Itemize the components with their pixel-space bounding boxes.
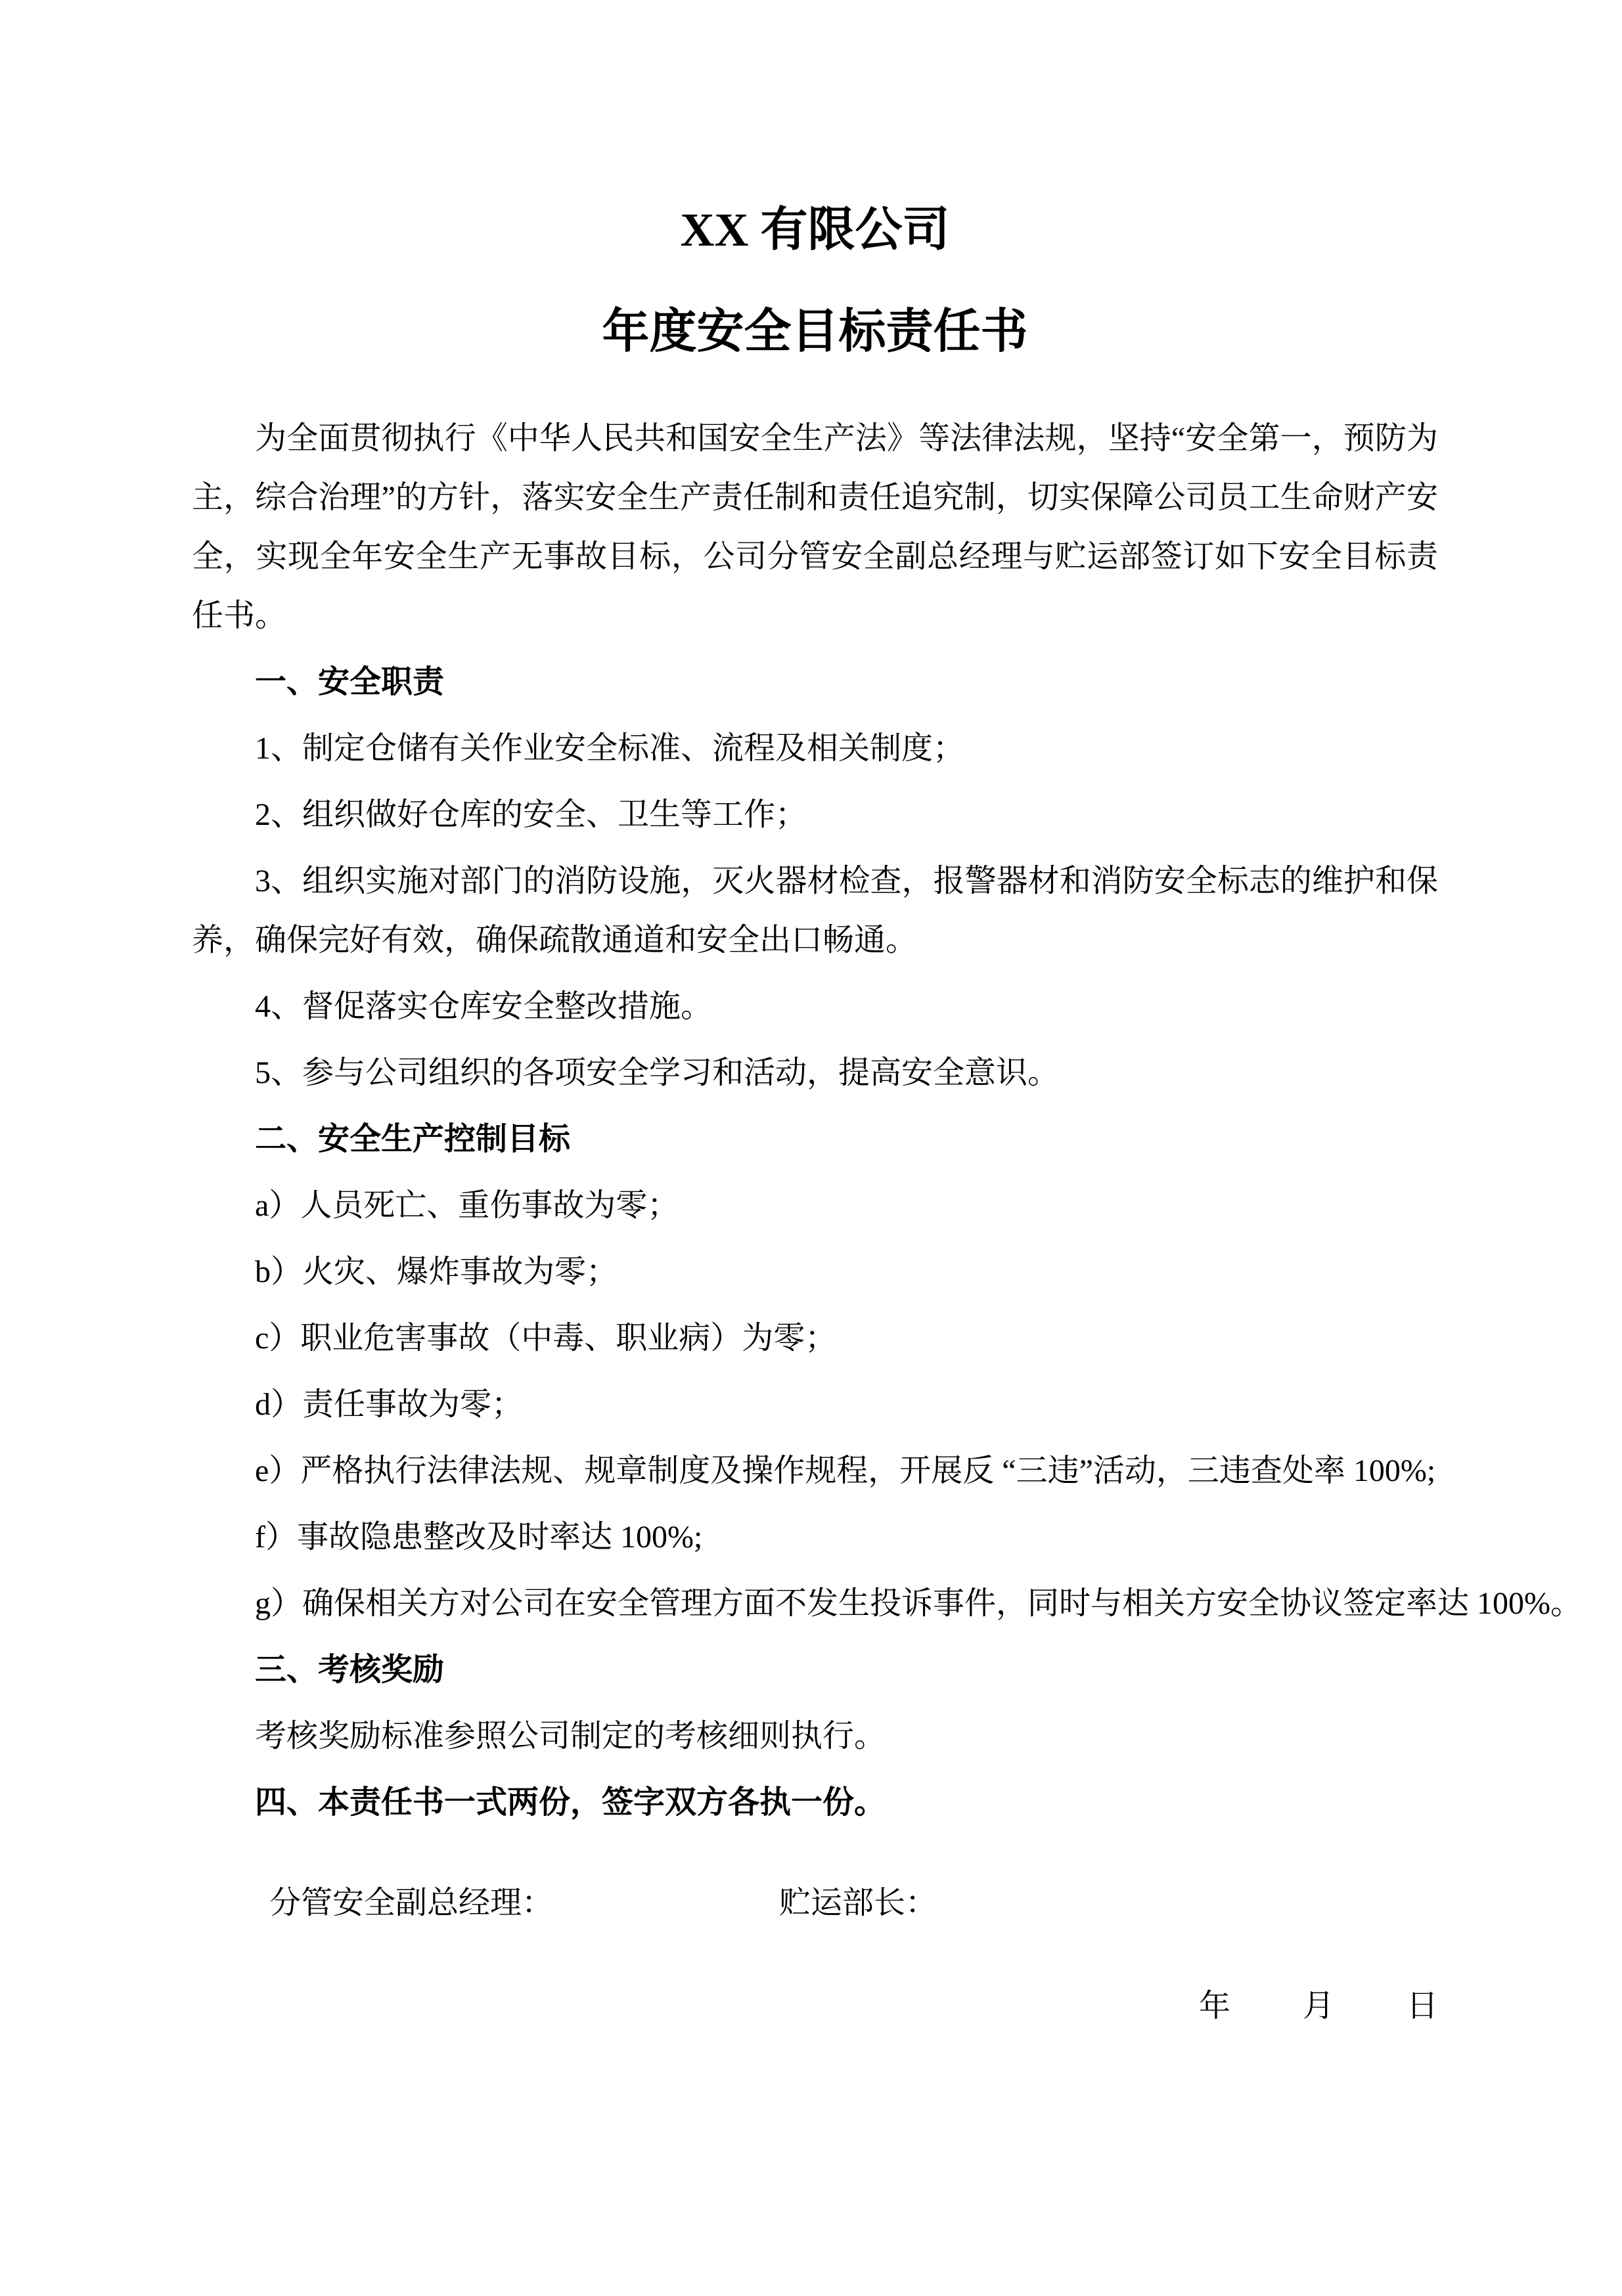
section-2-item-a: a）人员死亡、重伤事故为零； [192, 1176, 1438, 1235]
intro-paragraph: 为全面贯彻执行《中华人民共和国安全生产法》等法律法规，坚持“安全第一，预防为主，… [192, 409, 1438, 646]
date-month-label: 月 [1303, 1977, 1334, 2036]
section-1-item-1: 1、制定仓储有关作业安全标准、流程及相关制度； [192, 719, 1438, 778]
signature-row: 分管安全副总经理：贮运部长： [192, 1874, 1438, 1933]
section-4-heading: 四、本责任书一式两份，签字双方各执一份。 [192, 1773, 1438, 1832]
section-1-item-4: 4、督促落实仓库安全整改措施。 [192, 977, 1438, 1036]
section-3-body: 考核奖励标准参照公司制定的考核细则执行。 [192, 1707, 1438, 1766]
section-2-item-b: b）火灾、爆炸事故为零； [192, 1243, 1438, 1302]
document-page: XX 有限公司 年度安全目标责任书 为全面贯彻执行《中华人民共和国安全生产法》等… [0, 0, 1622, 2296]
section-1-item-5: 5、参与公司组织的各项安全学习和活动，提高安全意识。 [192, 1044, 1438, 1103]
signature-label-storage-transport-chief: 贮运部长： [779, 1886, 937, 1920]
document-title: 年度安全目标责任书 [192, 299, 1438, 364]
section-2-heading: 二、安全生产控制目标 [192, 1110, 1438, 1169]
section-2-item-f: f）事故隐患整改及时率达 100%; [192, 1508, 1438, 1567]
company-title: XX 有限公司 [192, 197, 1438, 263]
section-1-item-3: 3、组织实施对部门的消防设施，灭火器材检查，报警器材和消防安全标志的维护和保养，… [192, 852, 1438, 970]
section-1-heading: 一、安全职责 [192, 653, 1438, 712]
section-3-heading: 三、考核奖励 [192, 1641, 1438, 1700]
date-year-label: 年 [1199, 1989, 1230, 2023]
signature-label-deputy-general-manager: 分管安全副总经理： [269, 1886, 553, 1920]
section-1-item-2: 2、组织做好仓库的安全、卫生等工作； [192, 785, 1438, 845]
section-2-item-e: e）严格执行法律法规、规章制度及操作规程，开展反 “三违”活动，三违查处率 10… [192, 1442, 1438, 1501]
section-2-item-g: g）确保相关方对公司在安全管理方面不发生投诉事件，同时与相关方安全协议签定率达 … [192, 1574, 1438, 1633]
section-2-item-d: d）责任事故为零； [192, 1375, 1438, 1434]
date-line: 年月日 [192, 1977, 1438, 2036]
date-day-label: 日 [1407, 1977, 1438, 2036]
section-2-item-c: c）职业危害事故（中毒、职业病）为零； [192, 1309, 1438, 1368]
